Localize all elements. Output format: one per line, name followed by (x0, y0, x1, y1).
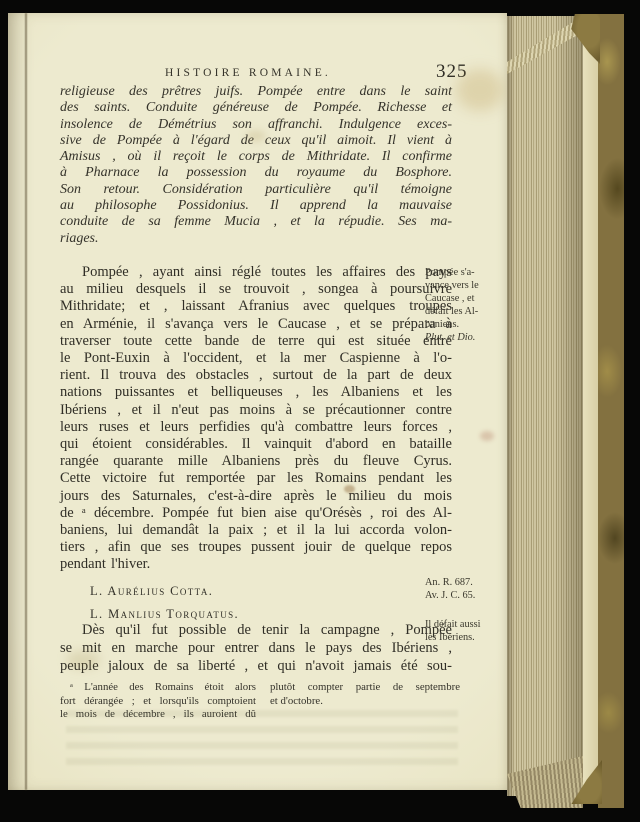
text-line: Son retour. Considération particulière q… (60, 182, 452, 198)
consul-name: L. Aurélius Cotta. (90, 580, 400, 603)
margin-note-source: Plut. et Dio. (425, 332, 513, 345)
text-line: sive de Pompée à l'égard de ceux qu'il a… (60, 133, 452, 149)
text-line: se mit en marche pour entrer dans le pay… (60, 639, 452, 657)
body-paragraph-1: Pompée , ayant ainsi réglé toutes les af… (60, 264, 452, 574)
text-line: riages. (60, 231, 452, 247)
text-line: conduite de sa femme Mucia , et la répud… (60, 214, 452, 230)
text-line: défait les Al- (425, 306, 513, 319)
text-line: religieuse des prêtres juifs. Pompée ent… (60, 84, 452, 100)
text-line: ᵃ L'année des Romains étoit alors (60, 681, 256, 695)
text-line: à Pharnace la possession du royaume du B… (60, 165, 452, 181)
text-line: nations puissantes et belliqueuses , les… (60, 384, 452, 401)
text-line: qui étoient considérables. Il vainquit d… (60, 436, 452, 453)
outer-leaf-edge (583, 20, 598, 798)
text-line: les Ibériens. (425, 632, 513, 645)
text-line: Av. J. C. 65. (425, 590, 513, 603)
body-paragraph-2: Dès qu'il fut possible de tenir la campa… (60, 621, 452, 675)
margin-note-text: Pompée s'a-vance vers leCaucase , etdéfa… (425, 267, 513, 332)
text-line: An. R. 687. (425, 577, 513, 590)
text-line: jours des Saturnales, c'est-à-dire après… (60, 488, 452, 505)
margin-note-year: An. R. 687.Av. J. C. 65. (425, 577, 513, 602)
text-line: Mithridate; et , laissant Afranius avec … (60, 298, 452, 315)
text-line: au philosophe Possidonius. Il apprend la… (60, 198, 452, 214)
text-line: baniens. (425, 319, 513, 332)
text-line: au milieu desquels il se trouvoit , song… (60, 281, 452, 298)
book-fore-edge-pages (507, 16, 583, 796)
text-line: traverser toute cette bande de terre qui… (60, 333, 452, 350)
text-line: fort dérangée ; et lorsqu'ils comptoient (60, 695, 256, 709)
margin-note-iberians: Il défait aussiles Ibériens. (425, 619, 513, 645)
page-number: 325 (436, 61, 468, 83)
running-title: Histoire romaine. (60, 67, 436, 79)
text-line: Il défait aussi (425, 619, 513, 632)
text-line: Cette victoire fut remportée par les Rom… (60, 470, 452, 487)
text-line: et d'octobre. (270, 695, 460, 709)
chapter-summary: religieuse des prêtres juifs. Pompée ent… (60, 84, 452, 247)
footnote-left-column: ᵃ L'année des Romains étoit alorsfort dé… (60, 681, 256, 722)
text-line: le mois de décembre , ils auroient dû (60, 708, 256, 722)
text-line: plutôt compter partie de septembre (270, 681, 460, 695)
text-line: vance vers le (425, 280, 513, 293)
text-line: des saints. Conduite généreuse de Pompée… (60, 100, 452, 116)
text-line: baniens, lui demandât la paix ; et il la… (60, 522, 452, 539)
text-line: insolence de Démétrius son affranchi. In… (60, 117, 452, 133)
text-line: en Arménie, il s'avança vers le Caucase … (60, 316, 452, 333)
text-line: rient. Il trouva des obstacles , surtout… (60, 367, 452, 384)
marbled-cover-edge (598, 14, 624, 808)
text-line: de ᵃ décembre. Pompée fut bien aise qu'O… (60, 505, 452, 522)
margin-note-albanians: Pompée s'a-vance vers leCaucase , etdéfa… (425, 267, 513, 344)
text-line: peuple jaloux de sa liberté , et qui n'a… (60, 657, 452, 675)
foxing-stain (480, 431, 494, 441)
gutter-crease (25, 13, 27, 790)
text-line: pendant l'hiver. (60, 556, 452, 573)
text-line: le Pont-Euxin à l'occident, et la mer Ca… (60, 350, 452, 367)
footnote-right-column: plutôt compter partie de septembreet d'o… (270, 681, 460, 708)
consul-heading: L. Aurélius Cotta. L. Manlius Torquatus. (90, 580, 400, 626)
book-scan-photo: Histoire romaine. 325 religieuse des prê… (0, 0, 640, 822)
text-line: Pompée s'a- (425, 267, 513, 280)
text-line: Ibériens , et il n'eut pas moins à se pr… (60, 402, 452, 419)
book-page: Histoire romaine. 325 religieuse des prê… (8, 13, 507, 790)
text-line: Dès qu'il fut possible de tenir la campa… (60, 621, 452, 639)
text-line: rangée quarante mille Albaniens près du … (60, 453, 452, 470)
text-line: Caucase , et (425, 293, 513, 306)
text-line: tiers , afin que ses troupes pussent jou… (60, 539, 452, 556)
text-line: leurs ruses et leurs perfidies qu'à comb… (60, 419, 452, 436)
text-line: Pompée , ayant ainsi réglé toutes les af… (60, 264, 452, 281)
text-line: Amisus , où il reçoit le corps de Mithri… (60, 149, 452, 165)
